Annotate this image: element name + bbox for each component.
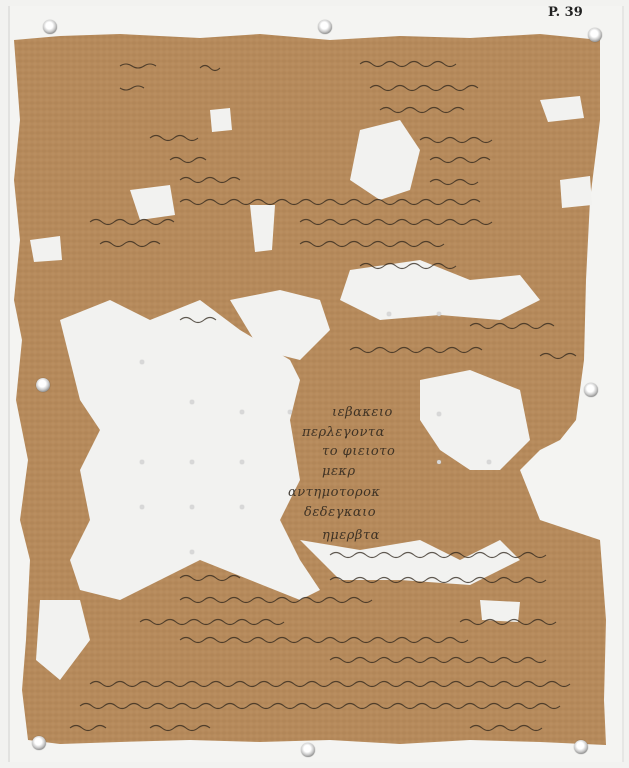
illegible-script <box>0 0 629 768</box>
